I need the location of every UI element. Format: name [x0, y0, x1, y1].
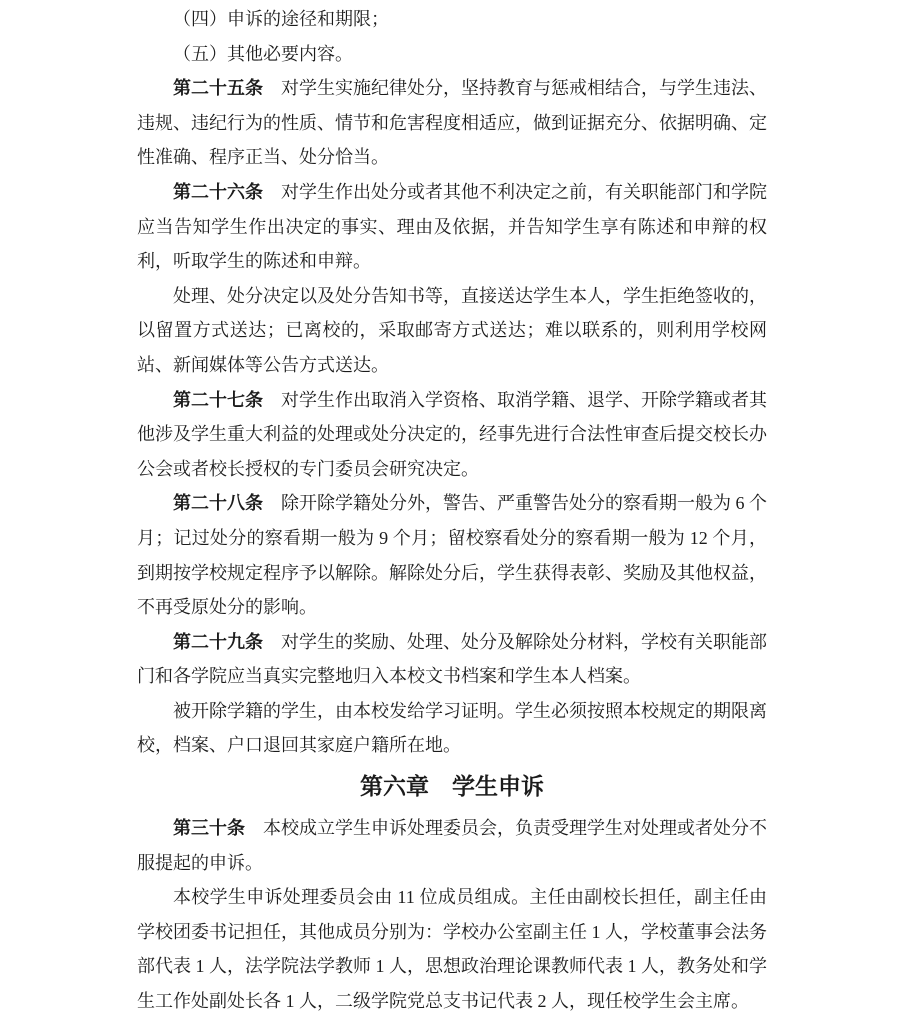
- paragraph-text: （五）其他必要内容。: [173, 44, 353, 64]
- paragraph: （五）其他必要内容。: [137, 37, 767, 72]
- paragraph-text: （四）申诉的途径和期限；: [173, 9, 389, 29]
- paragraph: 第二十八条 除开除学籍处分外，警告、严重警告处分的察看期一般为 6 个月；记过处…: [137, 486, 767, 624]
- article-number: 第二十九条: [173, 632, 263, 652]
- chapter-heading: 第六章 学生申诉: [137, 763, 767, 811]
- paragraph-text: 本校学生申诉处理委员会由 11 位成员组成。主任由副校长担任，副主任由学校团委书…: [137, 887, 767, 1011]
- document-body: （四）申诉的途径和期限；（五）其他必要内容。第二十五条 对学生实施纪律处分，坚持…: [137, 2, 767, 1018]
- chapter-heading-text: 第六章 学生申诉: [360, 774, 544, 799]
- article-number: 第二十七条: [173, 390, 263, 410]
- paragraph: 本校学生申诉处理委员会由 11 位成员组成。主任由副校长担任，副主任由学校团委书…: [137, 880, 767, 1018]
- paragraph-text: 处理、处分决定以及处分告知书等，直接送达学生本人，学生拒绝签收的，以留置方式送达…: [137, 286, 767, 375]
- paragraph: 处理、处分决定以及处分告知书等，直接送达学生本人，学生拒绝签收的，以留置方式送达…: [137, 279, 767, 383]
- paragraph: 第二十九条 对学生的奖励、处理、处分及解除处分材料，学校有关职能部门和各学院应当…: [137, 625, 767, 694]
- article-number: 第三十条: [173, 818, 245, 838]
- article-number: 第二十八条: [173, 493, 263, 513]
- paragraph-text: 被开除学籍的学生，由本校发给学习证明。学生必须按照本校规定的期限离校，档案、户口…: [137, 701, 767, 756]
- paragraph: 第三十条 本校成立学生申诉处理委员会，负责受理学生对处理或者处分不服提起的申诉。: [137, 811, 767, 880]
- article-number: 第二十五条: [173, 78, 263, 98]
- document-page: （四）申诉的途径和期限；（五）其他必要内容。第二十五条 对学生实施纪律处分，坚持…: [0, 0, 900, 1018]
- paragraph: 第二十五条 对学生实施纪律处分，坚持教育与惩戒相结合，与学生违法、违规、违纪行为…: [137, 71, 767, 175]
- paragraph: （四）申诉的途径和期限；: [137, 2, 767, 37]
- paragraph: 被开除学籍的学生，由本校发给学习证明。学生必须按照本校规定的期限离校，档案、户口…: [137, 694, 767, 763]
- paragraph: 第二十七条 对学生作出取消入学资格、取消学籍、退学、开除学籍或者其他涉及学生重大…: [137, 383, 767, 487]
- article-number: 第二十六条: [173, 182, 263, 202]
- paragraph: 第二十六条 对学生作出处分或者其他不利决定之前，有关职能部门和学院应当告知学生作…: [137, 175, 767, 279]
